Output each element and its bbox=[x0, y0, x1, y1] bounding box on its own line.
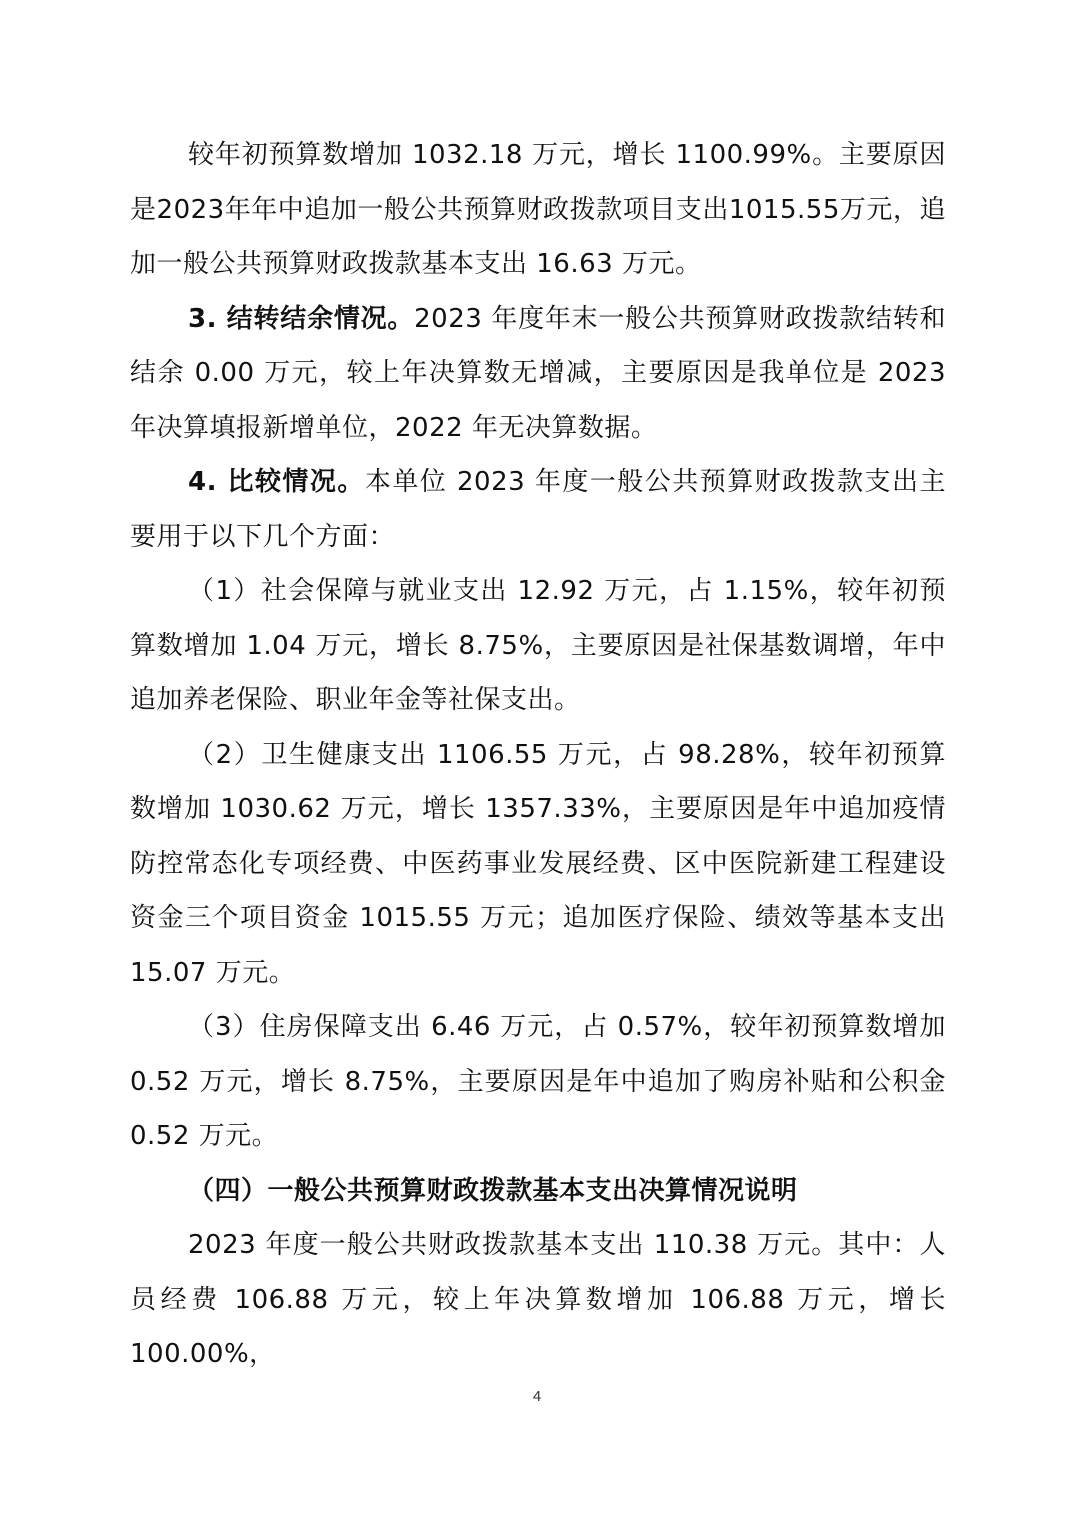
comparison-heading: 4. 比较情况。 bbox=[188, 467, 365, 497]
paragraph-carryover: 3. 结转结余情况。2023 年度年末一般公共预算财政拨款结转和结余 0.00 … bbox=[130, 292, 946, 456]
paragraph-basic-expenditure: 2023 年度一般公共财政拨款基本支出 110.38 万元。其中：人员经费 10… bbox=[130, 1218, 946, 1382]
paragraph-housing: （3）住房保障支出 6.46 万元，占 0.57%，较年初预算数增加 0.52 … bbox=[130, 1000, 946, 1164]
paragraph-budget-increase: 较年初预算数增加 1032.18 万元，增长 1100.99%。主要原因是202… bbox=[130, 128, 946, 292]
paragraph-social-security: （1）社会保障与就业支出 12.92 万元，占 1.15%，较年初预算数增加 1… bbox=[130, 564, 946, 728]
section-heading: （四）一般公共预算财政拨款基本支出决算情况说明 bbox=[130, 1164, 946, 1219]
document-page: 较年初预算数增加 1032.18 万元，增长 1100.99%。主要原因是202… bbox=[130, 128, 946, 1382]
carryover-heading: 3. 结转结余情况。 bbox=[188, 304, 414, 334]
paragraph-health: （2）卫生健康支出 1106.55 万元，占 98.28%，较年初预算数增加 1… bbox=[130, 728, 946, 1001]
page-number: 4 bbox=[0, 1388, 1074, 1405]
paragraph-comparison: 4. 比较情况。本单位 2023 年度一般公共预算财政拨款支出主要用于以下几个方… bbox=[130, 455, 946, 564]
